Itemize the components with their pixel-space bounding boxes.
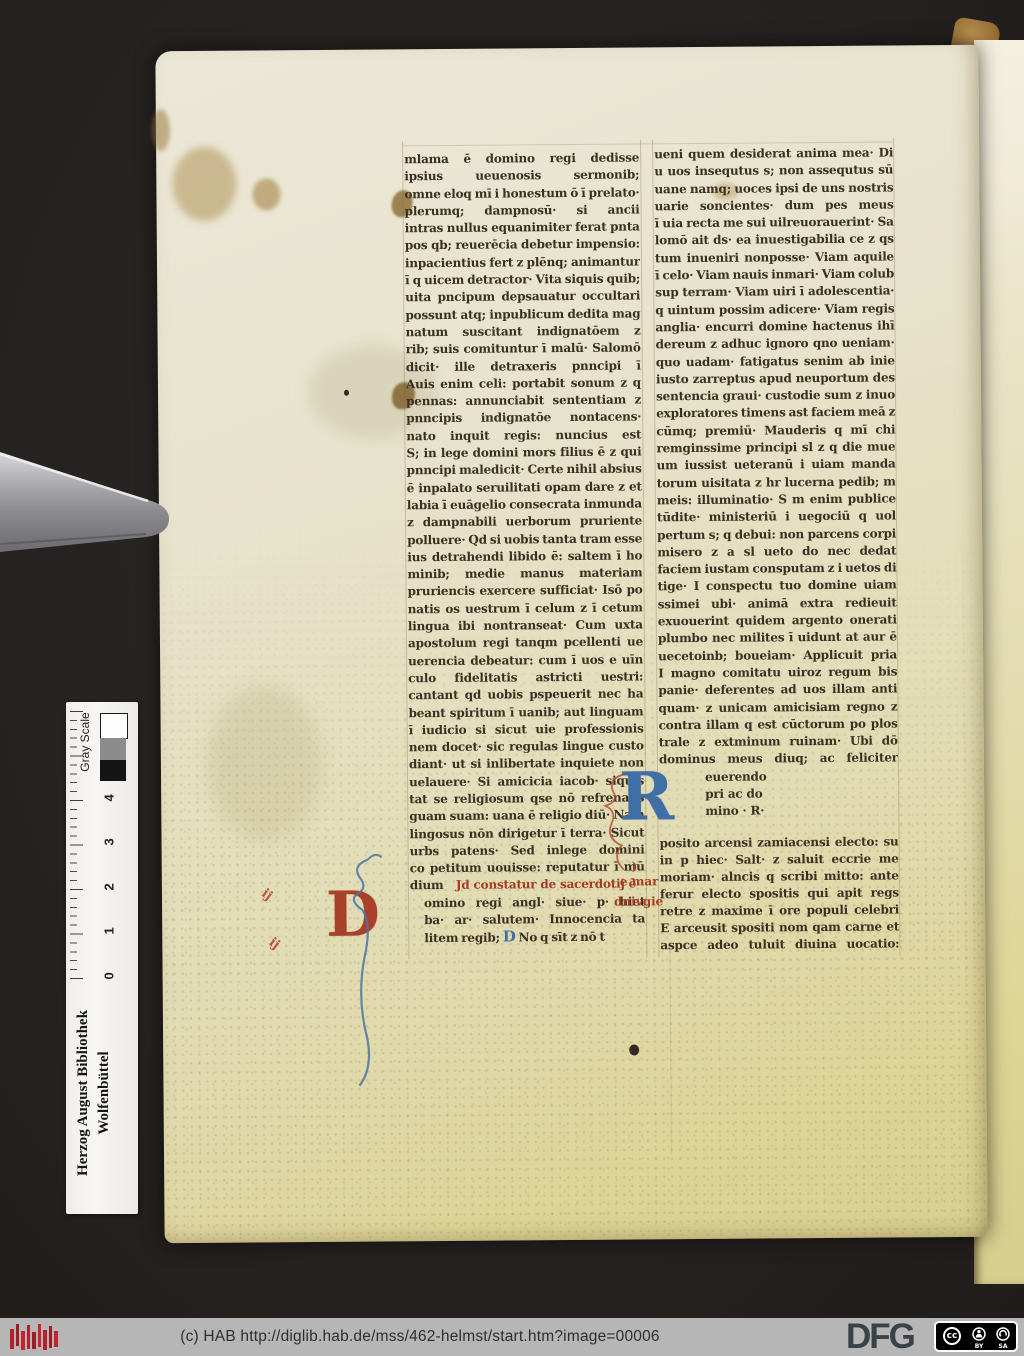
manuscript-line: retre z maxime ī ore populi celebri: [660, 901, 899, 920]
stain: [252, 178, 280, 210]
footer-bar: (c) HAB http://diglib.hab.de/mss/462-hel…: [0, 1318, 1024, 1356]
manuscript-line: cūmq; premiū· Mauderis q mī chi: [656, 421, 895, 440]
rubric-line: dium – Jd constatur de sacerdotij ē mar: [410, 876, 645, 895]
manuscript-lines: euerendopri ac domino · R·: [705, 767, 898, 820]
library-name-line1: Herzog August Bibliothek: [73, 978, 94, 1208]
ruler-number: 2: [103, 877, 116, 891]
decorated-initial-d: D: [326, 883, 380, 945]
manuscript-line: intras nullus equanimiter ferat pnta: [405, 219, 640, 238]
cc-by-label: BY: [968, 1343, 990, 1350]
manuscript-line: plerumq; dampnosū· si ancii detractonī: [405, 201, 640, 220]
manuscript-line: meis: illuminatio· S m enim publice: [657, 490, 896, 509]
manuscript-line: plumbo nec milites ī uidunt at aur ē: [658, 629, 897, 648]
initial-d-block: D omino regi angl· siue· p· hietba· ar· …: [424, 893, 645, 947]
manuscript-line: in p hiec· Salt· z saluit eccrie me: [660, 850, 899, 869]
line-fragment: No q sīt z nō t: [519, 930, 605, 945]
manuscript-line: dereum z adhuc ignoro qno ueniam· aut: [656, 335, 895, 354]
manuscript-line: tūdite· ministeriū i uegociū q uol com: [657, 508, 896, 527]
manuscript-line: mlama ē domino regi dedisse famamq;: [404, 149, 639, 168]
manuscript-line: lingua ibi nontranseat· Cum uxta: [408, 616, 643, 635]
manuscript-line: tum inueniri nonposse· Viam aquile: [655, 248, 894, 267]
rubric-black-text: dium –: [410, 877, 449, 895]
quire-mark: ij: [259, 887, 275, 903]
manuscript-line: apostolum regi tanqm pcellenti ue: [408, 634, 643, 653]
manuscript-line: sentencia graui· custodie sum z inuo: [656, 387, 895, 406]
manuscript-line: labia ī euāgelio consecrata inmunda: [407, 495, 642, 514]
decorated-initial-r: R: [619, 763, 674, 829]
manuscript-line: euerendo: [705, 767, 898, 786]
library-name: Herzog August Bibliothek Wolfenbüttel: [73, 978, 119, 1208]
ruler-number: 1: [103, 921, 116, 935]
manuscript-line: urbs patens· Sed inlege domini uotīq;: [410, 841, 645, 860]
manuscript-line: sup terram· Viam uiri ī adolescentia· Eg…: [655, 283, 894, 302]
manuscript-line: dicit· ille detraxeris pnncipi ī occulto…: [406, 357, 641, 376]
manuscript-line: nem docet· sic regulas lingue custo: [409, 738, 644, 757]
manuscript-line: uarie soncientes· dum pes meus staret: [655, 196, 894, 215]
cc-sa-arrow-icon: [996, 1327, 1010, 1341]
manuscript-line: quo uadam· fatigatus senim ab inie: [656, 352, 895, 371]
manuscript-line: ius detrahendi libido ē: saltem ī ho: [407, 547, 642, 566]
manuscript-line: contra illam q est cūctorum po plos: [659, 715, 898, 734]
manuscript-line: ferur electo spositis qui apit regs: [660, 884, 899, 903]
quire-mark: ij: [266, 936, 282, 952]
gutter-rubric-text: e mar: [620, 874, 659, 888]
manuscript-line: lomō ait ds· ea inuestigabilia ce z qs: [655, 231, 894, 250]
wormhole-dot: [629, 1044, 639, 1055]
scan-stage: mlama ē domino regi dedisse famamq;ipsiu…: [0, 0, 1024, 1356]
manuscript-lines: omino regi angl· siue· p· hietba· ar· sa…: [424, 893, 645, 929]
manuscript-line: ba· ar· salutem· Innocencia ta: [424, 910, 645, 929]
grayscale-label: Gray Scale: [79, 702, 91, 782]
manuscript-line: ē inpalato seruilitati opam dare z et: [407, 478, 642, 497]
manuscript-line: polluere· Qd si uobis tanta tram esse: [407, 530, 642, 549]
stain: [172, 147, 237, 222]
manuscript-line: culo fidelitatis astricti uestri: cauean…: [408, 668, 643, 687]
manuscript-line: E arceusit spositi nom qam carne et: [660, 918, 899, 937]
manuscript-line: inpacientius fert z plēnq; animantur: [405, 253, 640, 272]
page-clip: [0, 440, 182, 572]
manuscript-line: natum suscitant indignatōem z aucto: [405, 322, 640, 341]
manuscript-line: moriam· alncis q scribi mitto: ante: [660, 867, 899, 886]
text-column-right: ueni quem desiderat anima mea· Diu uos i…: [654, 144, 899, 954]
manuscript-line: ī iudicio si sicut uie professionis ordi: [409, 720, 644, 739]
manuscript-line: anglia· encurri domine hactenus ihī: [655, 317, 894, 336]
stain: [206, 685, 322, 841]
manuscript-line: exuouerint quidem argento onerati: [658, 611, 897, 630]
manuscript-line: torum uisitata z hr lucerna pedib; m: [657, 473, 896, 492]
initial-r-block: R euerendopri ac domino · R·: [705, 767, 898, 821]
manuscript-line: ī celo· Viam nauis inmari· Viam colub: [655, 266, 894, 285]
grayscale-patch-gray: [100, 738, 126, 760]
manuscript-line: iusto zarreptus apud neuportum des: [656, 369, 895, 388]
cc-license-badge: cc BY SA: [934, 1321, 1018, 1352]
manuscript-line: faciem iustam consputam z i uetos di: [657, 560, 896, 579]
manuscript-line: um iussist ueteranū i uiam manda: [657, 456, 896, 475]
manuscript-line: uane namq; uoces ipsi de uns nostris: [654, 179, 893, 198]
manuscript-line: nato inquit regis: nuncius est mortis·: [406, 426, 641, 445]
manuscript-line: guam suam: uana ē religio diū· Nam: [409, 807, 644, 826]
next-folio-highlight: [974, 40, 1024, 310]
manuscript-line: pennas: annunciabit sententiam z de: [406, 392, 641, 411]
manuscript-line: Auis enim celi: portabit sonum z q uisit: [406, 374, 641, 393]
library-name-line2: Wolfenbüttel: [94, 978, 115, 1208]
copyright-url-text: (c) HAB http://diglib.hab.de/mss/462-hel…: [0, 1328, 840, 1346]
cc-sa-label: SA: [992, 1343, 1014, 1350]
manuscript-line: q uintum possim adicere· Viam regis ī: [655, 300, 894, 319]
manuscript-line: remginssime principi sl z q die mue: [656, 438, 895, 457]
manuscript-line: pruriencis exercere sufficiat· Isō po: [408, 582, 643, 601]
manuscript-line: pri ac do: [705, 784, 898, 803]
manuscript-line: ssimei ubi· animā extra redieuit: [658, 594, 897, 613]
manuscript-line: pertum s; q debui: non parcens corpi: [657, 525, 896, 544]
manuscript-line: litem regib; D No q sīt z nō t: [424, 928, 645, 947]
manuscript-line: natis os uestrum ī celum z ī cetum: [408, 599, 643, 618]
manuscript-line: uelauere· Si amicicia iacob· siquis spū: [409, 772, 644, 791]
manuscript-line: omne eloq mī i honestum ō ī prelato· et: [404, 184, 639, 203]
manuscript-line: ī uia recta me sui uilreuorauerint· Sa: [655, 214, 894, 233]
manuscript-line: lingosus nōn dirigetur ī terra· Sicut: [409, 824, 644, 843]
manuscript-line: pos qb; reuerēcia debetur impensio: eas: [405, 236, 640, 255]
manuscript-line: ueni quem desiderat anima mea· Di: [654, 144, 893, 163]
manuscript-line: S; in lege domini mors filius ē z qui: [406, 443, 641, 462]
manuscript-line: pnncipis indignatōe nontacens· Indig: [406, 409, 641, 428]
manuscript-line: z dampnabili uerborum pruriente: [407, 513, 642, 532]
manuscript-line: uecetoinb; boueiam· Applicuit pria: [658, 646, 897, 665]
cc-icon: cc: [943, 1327, 961, 1345]
manuscript-line: panie· deferentes ad uos illam anti: [658, 681, 897, 700]
manuscript-line: I magno comitatu uiroz regum bis: [658, 663, 897, 682]
crease-line: [669, 942, 672, 1154]
pinprick-dot: [344, 390, 349, 396]
manuscript-line: ipsius ueuenosis sermonib; lacessire ·sa…: [404, 167, 639, 186]
manuscript-line: uita pncipum depsauatur occultari nō: [405, 288, 640, 307]
gutter-rubric-text: dnivgie: [614, 894, 663, 908]
manuscript-line: uerencia debeatur: cum ī uos e uīn: [408, 651, 643, 670]
manuscript-line: trale z extminum ruinam· Ubi dō: [659, 733, 898, 752]
inline-initial-d: D: [503, 928, 516, 946]
stain: [152, 109, 170, 151]
manuscript-line: possunt atq; inpublicum dedita mag: [405, 305, 640, 324]
manuscript-lines: mlama ē domino regi dedisse famamq;ipsiu…: [404, 149, 645, 877]
ruler-strip: Gray Scale 4 3 2 1 0 Herzog August Bibli…: [66, 702, 138, 1214]
manuscript-line: misero z a sl ueto do nec dedat auslunt: [657, 542, 896, 561]
manuscript-line: mino · R·: [705, 802, 898, 821]
manuscript-line: rib; suis comituntur ī malū· Salomō: [406, 340, 641, 359]
ruler-number: 3: [103, 832, 116, 846]
manuscript-line: u uos insequtus s; non assequtus sū: [654, 162, 893, 181]
dfg-logo: DFG: [846, 1318, 914, 1356]
text-column-left: mlama ē domino regi dedisse famamq;ipsiu…: [404, 149, 645, 946]
manuscript-line: tat se religiosum qse nō refrenans lin: [409, 789, 644, 808]
manuscript-line: dominus meus diuq; ac feliciter regnet·: [659, 750, 898, 769]
manuscript-line: beant spiritum ī uanib; aut linguam: [408, 703, 643, 722]
manuscript-line: cantant qd uobis pspeuerit nec ha: [408, 686, 643, 705]
manuscript-line: exploratores timens ast faciem meā z er: [656, 404, 895, 423]
grayscale-patch-white: [100, 713, 128, 739]
manuscript-line: aspce adeo tuluit diuina uocatio:: [660, 935, 899, 954]
manuscript-line: quam· z unicam amicisiam regno z: [658, 698, 897, 717]
line-fragment: litem regib;: [424, 931, 500, 946]
manuscript-lines: ueni quem desiderat anima mea· Diu uos i…: [654, 144, 898, 769]
cc-by-person-icon: [972, 1327, 986, 1341]
gutter-rubric-mark: ): [632, 859, 638, 873]
grayscale-patch-black: [100, 760, 126, 781]
rubric-red-text: Jd constatur de sacerdotij ē mar: [456, 876, 645, 895]
ruler-number: 4: [103, 788, 116, 802]
manuscript-line: ī q uicem detractor· Vita siquis quib;: [405, 271, 640, 290]
manuscript-line: minib; medie manus materiam lingue: [407, 565, 642, 584]
manuscript-lines: posito arcensi zamiacensi electo: suin p…: [660, 833, 900, 954]
manuscript-line: tige· I conspectu tuo domine uiam ms: [657, 577, 896, 596]
manuscript-page: mlama ē domino regi dedisse famamq;ipsiu…: [155, 45, 987, 1243]
manuscript-line: posito arcensi zamiacensi electo: su: [660, 833, 899, 852]
manuscript-line: co petitum uouisse: reputatur ī mū: [410, 859, 645, 878]
manuscript-line: pnncipi maledicit· Certe nihil absius: [407, 461, 642, 480]
manuscript-line: omino regi angl· siue· p· hiet: [424, 893, 645, 912]
manuscript-line: diant· ut si inlibertate inquiete non: [409, 755, 644, 774]
